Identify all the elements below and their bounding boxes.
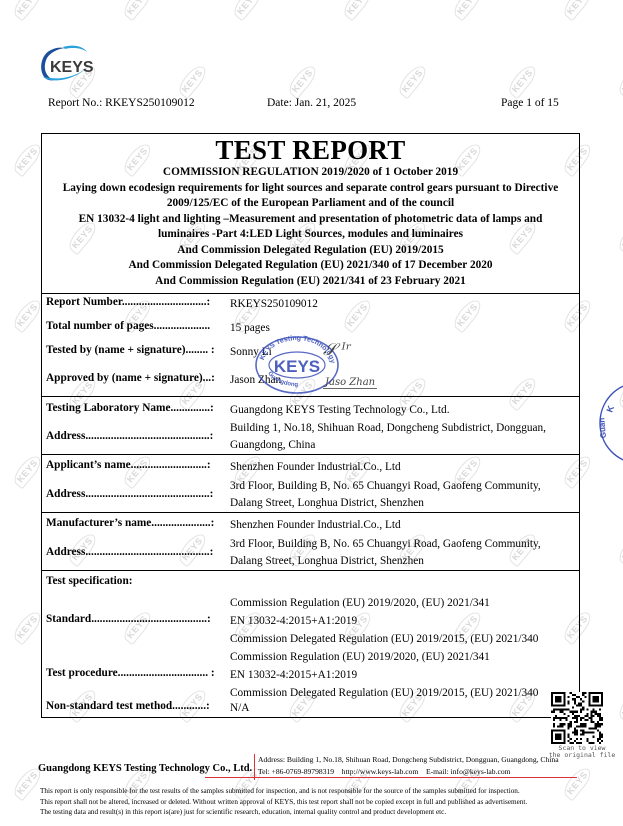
field-label: Report Number...........................… — [46, 296, 210, 308]
field-label: Address.................................… — [46, 430, 213, 442]
svg-text:KEYS: KEYS — [50, 59, 94, 76]
divider — [42, 293, 579, 294]
field-value: Guangdong KEYS Testing Technology Co., L… — [230, 402, 450, 419]
disclaimer-line: This report shall not be altered, increa… — [40, 797, 620, 808]
watermark-mark: KEYS — [340, 0, 374, 21]
field-label: Address.................................… — [46, 546, 213, 558]
signature-approved-by: Jaso Zhan — [323, 377, 377, 389]
field-value-line: EN 13032-4:2015+A1:2019 — [230, 613, 357, 630]
field-label: Manufacturer’s name.....................… — [46, 517, 214, 529]
watermark-mark: KEYS — [450, 0, 484, 21]
title-line: And Commission Regulation (EU) 2021/341 … — [42, 274, 579, 290]
signature-tested-by: 𝒮 ᴵʳ — [323, 340, 352, 360]
field-value-line: Dalang Street, Longhua District, Shenzhe… — [230, 553, 424, 570]
page-title: TEST REPORT — [42, 135, 579, 165]
watermark-mark: KEYS — [615, 219, 623, 256]
field-label: Non-standard test method............: — [46, 700, 210, 712]
section-heading: Test specification: — [46, 575, 133, 587]
disclaimer-line: This report is only responsible for the … — [40, 786, 620, 797]
title-line: And Commission Delegated Regulation (EU)… — [42, 258, 579, 274]
title-line: Laying down ecodesign requirements for l… — [42, 181, 579, 197]
field-value: N/A — [230, 700, 249, 717]
field-value-line: Building 1, No.18, Shihuan Road, Dongche… — [230, 420, 546, 437]
footer-company-name: Guangdong KEYS Testing Technology Co., L… — [38, 763, 252, 774]
divider — [42, 570, 579, 571]
keys-logo: KEYS — [37, 44, 99, 84]
watermark-mark: KEYS — [10, 141, 44, 178]
field-value: Shenzhen Founder Industrial.Co., Ltd — [230, 517, 401, 534]
field-label: Total number of pages...................… — [46, 320, 210, 332]
field-label: Tested by (name + signature)........ : — [46, 344, 215, 356]
watermark-mark: KEYS — [230, 0, 264, 21]
footer-address: Address: Building 1, No.18, Shihuan Road… — [258, 754, 563, 766]
field-label: Testing Laboratory Name..............: — [46, 402, 214, 414]
field-value-line: Guangdong, China — [230, 437, 315, 454]
report-cover-box: TEST REPORT COMMISSION REGULATION 2019/2… — [41, 133, 580, 718]
field-label: Test procedure..........................… — [46, 667, 215, 679]
field-label: Approved by (name + signature)...: — [46, 372, 215, 384]
title-line: EN 13032-4 light and lighting –Measureme… — [42, 212, 579, 228]
watermark-mark: KEYS — [615, 531, 623, 568]
watermark-mark: KEYS — [10, 297, 44, 334]
field-value-line: Commission Delegated Regulation (EU) 201… — [230, 631, 538, 648]
field-value: RKEYS250109012 — [230, 296, 318, 313]
watermark-mark: KEYS — [615, 63, 623, 100]
field-value-line: 3rd Floor, Building B, No. 65 Chuangyi R… — [230, 478, 541, 495]
qr-caption-line: the original file — [546, 752, 618, 759]
watermark-mark: KEYS — [175, 63, 209, 100]
field-value: Shenzhen Founder Industrial.Co., Ltd — [230, 459, 401, 476]
watermark-mark: KEYS — [560, 0, 594, 21]
footer-contact-block: Address: Building 1, No.18, Shihuan Road… — [258, 754, 563, 778]
svg-text:Guan: Guan — [598, 417, 608, 438]
watermark-mark: KEYS — [285, 63, 319, 100]
field-value-line: 3rd Floor, Building B, No. 65 Chuangyi R… — [230, 536, 541, 553]
header-date: Date: Jan. 21, 2025 — [267, 97, 356, 109]
svg-text:K: K — [604, 404, 616, 414]
divider — [42, 396, 579, 397]
title-line: luminaires -Part 4:LED Light Sources, mo… — [42, 227, 579, 243]
header-report-no: Report No.: RKEYS250109012 — [48, 97, 195, 109]
title-line: COMMISSION REGULATION 2019/2020 of 1 Oct… — [42, 165, 579, 181]
title-line: 2009/125/EC of the European Parliament a… — [42, 196, 579, 212]
watermark-mark: KEYS — [10, 0, 44, 21]
field-label: Address.................................… — [46, 488, 213, 500]
field-value-line: EN 13032-4:2015+A1:2019 — [230, 667, 357, 684]
field-value-line: Commission Regulation (EU) 2019/2020, (E… — [230, 649, 490, 666]
watermark-mark: KEYS — [120, 0, 154, 21]
disclaimer-line: The testing data and result(s) in this r… — [40, 807, 620, 818]
field-value-line: Dalang Street, Longhua District, Shenzhe… — [230, 495, 424, 512]
field-value-line: Commission Delegated Regulation (EU) 201… — [230, 685, 538, 702]
watermark-mark: KEYS — [395, 63, 429, 100]
qr-code[interactable] — [551, 692, 603, 744]
divider — [42, 512, 579, 513]
watermark-mark: KEYS — [10, 609, 44, 646]
title-line: And Commission Delegated Regulation (EU)… — [42, 243, 579, 259]
field-label: Standard................................… — [46, 613, 211, 625]
field-value-line: Commission Regulation (EU) 2019/2020, (E… — [230, 595, 490, 612]
title-block: TEST REPORT COMMISSION REGULATION 2019/2… — [42, 135, 579, 289]
watermark-mark: KEYS — [615, 687, 623, 724]
page-edge-seal: K Guan — [598, 378, 623, 468]
watermark-mark: KEYS — [10, 453, 44, 490]
qr-caption: Scan to view the original file — [546, 745, 618, 759]
divider — [42, 454, 579, 455]
watermark-mark: KEYS — [505, 63, 539, 100]
svg-text:KEYS: KEYS — [274, 357, 320, 376]
field-label: Applicant’s name........................… — [46, 459, 211, 471]
footer-disclaimer: This report is only responsible for the … — [40, 786, 620, 818]
footer-contact-info: Tel: +86-0769-89798319 http://www.keys-l… — [258, 766, 563, 778]
header-page-number: Page 1 of 15 — [501, 97, 559, 109]
